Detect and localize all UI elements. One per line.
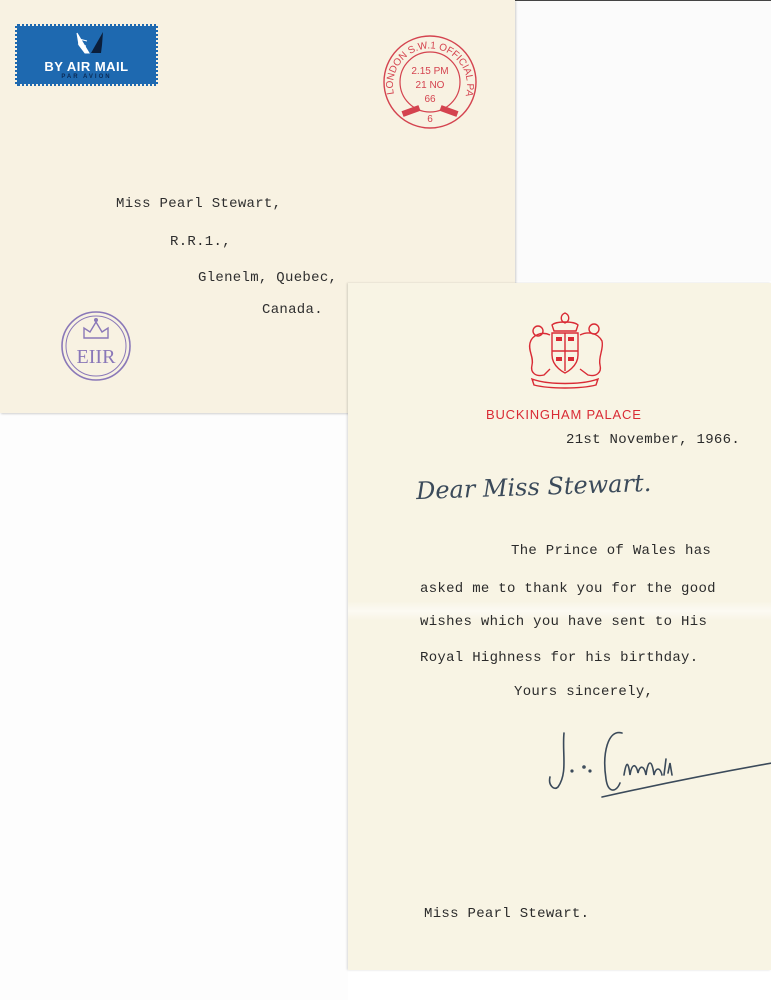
airmail-main-text: BY AIR MAIL — [17, 59, 156, 74]
royal-cypher-text: EIIR — [77, 346, 117, 368]
body-line: wishes which you have sent to His — [420, 614, 707, 630]
body-line: Royal Highness for his birthday. — [420, 650, 698, 666]
letter: BUCKINGHAM PALACE 21st November, 1966. D… — [348, 283, 771, 970]
signature-text: J. S. Checketts — [536, 723, 545, 724]
royal-cypher-stamp: EIIR — [60, 308, 132, 384]
signature: J. S. Checketts — [536, 723, 771, 803]
recipient-name: Miss Pearl Stewart. — [424, 906, 589, 922]
airmail-label: BY AIR MAIL PAR AVION — [15, 24, 158, 86]
address-line-name: Miss Pearl Stewart, — [116, 196, 281, 212]
backing-sheet — [515, 0, 771, 281]
address-line-route: R.R.1., — [170, 234, 231, 250]
airmail-sub-text: PAR AVION — [17, 74, 156, 80]
royal-coat-of-arms-icon — [518, 311, 613, 393]
address-line-country: Canada. — [262, 302, 323, 318]
letterhead-title: BUCKINGHAM PALACE — [486, 407, 642, 422]
crown-icon — [84, 318, 108, 338]
letter-date: 21st November, 1966. — [566, 432, 740, 448]
postmark-date: 21 NO — [416, 80, 445, 91]
postmark-number: 6 — [427, 114, 433, 125]
body-line: The Prince of Wales has — [511, 543, 711, 559]
body-line: asked me to thank you for the good — [420, 581, 716, 597]
wings-icon — [75, 31, 105, 55]
salutation: Dear Miss Stewart. — [416, 469, 652, 505]
blank-sheet — [0, 413, 348, 1000]
postmark-year: 66 — [424, 94, 436, 105]
postmark-stamp: LONDON S.W.1 OFFICIAL PAID 2.15 PM 21 NO… — [380, 32, 480, 132]
closing: Yours sincerely, — [514, 684, 653, 700]
postmark-time: 2.15 PM — [411, 66, 448, 77]
address-line-town: Glenelm, Quebec, — [198, 270, 337, 286]
